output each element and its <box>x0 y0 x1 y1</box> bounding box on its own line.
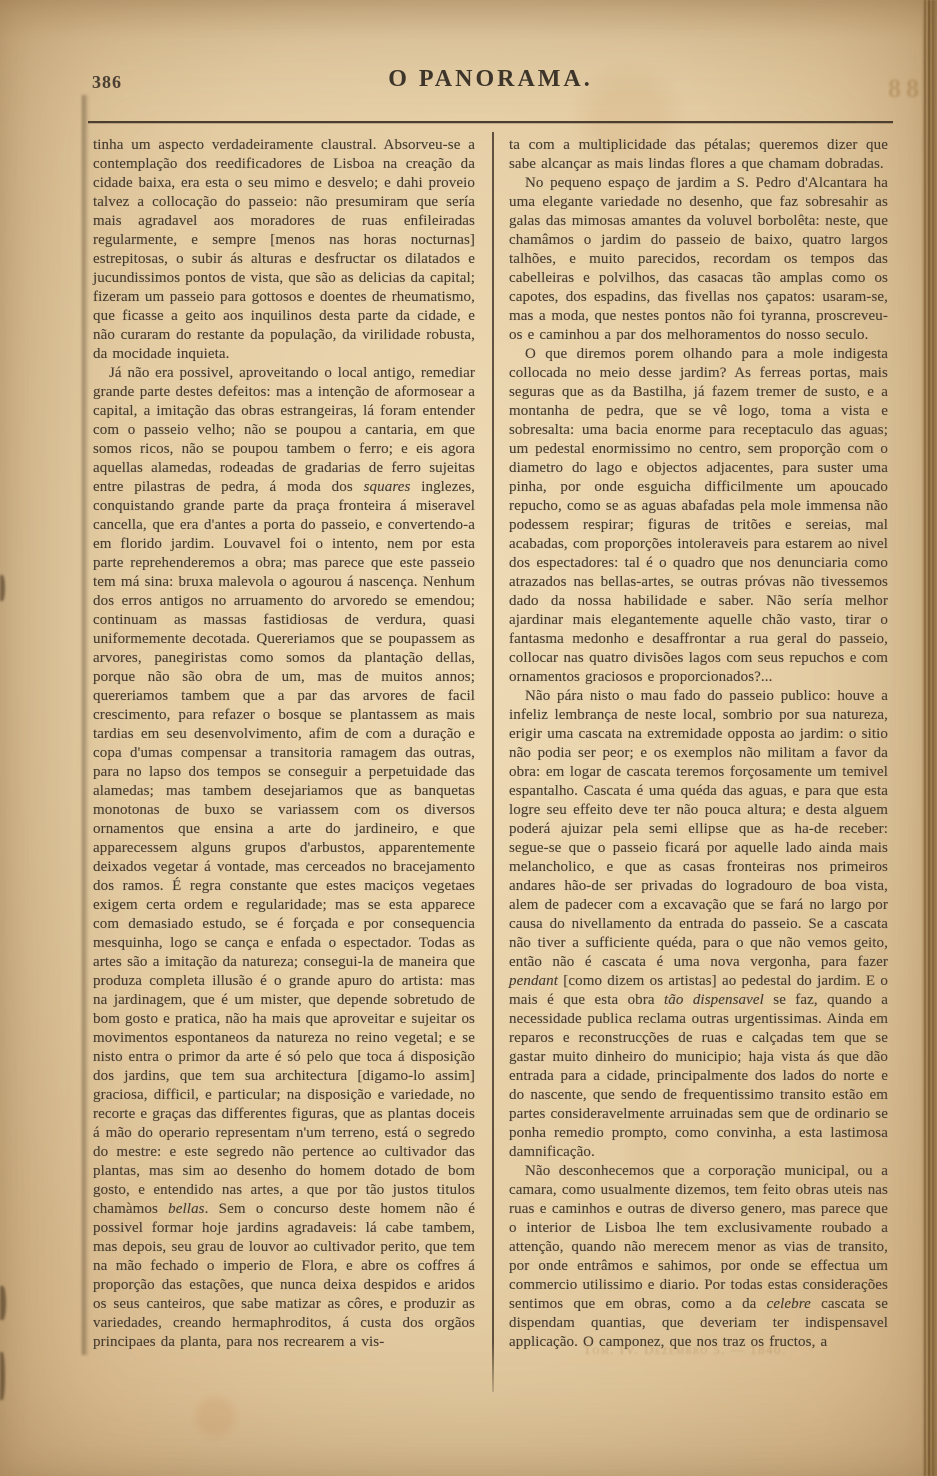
paragraph: Não desconhecemos que a corporação munic… <box>509 1162 888 1352</box>
text-run: tinha um aspecto verdadeiramente claustr… <box>93 137 475 362</box>
italic-phrase: squares <box>364 479 411 495</box>
masthead-title: O PANORAMA. <box>88 66 893 93</box>
text-run: inglezes, conquistando grande parte da p… <box>93 479 475 1217</box>
text-run: Já não era possivel, aproveitando o loca… <box>93 365 475 495</box>
text-run: No pequeno espaço de jardim a S. Pedro d… <box>509 175 888 343</box>
paragraph: Já não era possivel, aproveitando o loca… <box>93 364 475 1352</box>
text-column-left: tinha um aspecto verdadeiramente claustr… <box>93 136 475 1352</box>
gutter-shadow <box>82 95 89 1355</box>
italic-phrase: tão dispensavel <box>664 992 764 1008</box>
text-run: se faz, quando a necessidade publica rec… <box>509 992 888 1160</box>
paragraph: ta com a multiplicidade das pétalas; que… <box>509 136 888 174</box>
scanned-page: 386 O PANORAMA. 88 tinha um aspecto verd… <box>0 0 937 1476</box>
bleedthrough-page-number: 88 <box>883 74 919 104</box>
paragraph: O que diremos porem olhando para a mole … <box>509 345 888 687</box>
italic-phrase: pendant <box>509 973 558 989</box>
paragraph: tinha um aspecto verdadeiramente claustr… <box>93 136 475 364</box>
bleedthrough-footer: Tom. IV. Dezembro 5. — 1840. <box>520 1342 850 1358</box>
text-run: ta com a multiplicidade das pétalas; que… <box>509 137 888 172</box>
paragraph: No pequeno espaço de jardim a S. Pedro d… <box>509 174 888 345</box>
edge-smudge <box>0 575 5 601</box>
column-divider-rule <box>492 132 494 1392</box>
text-column-right: ta com a multiplicidade das pétalas; que… <box>509 136 888 1352</box>
italic-phrase: bellas <box>168 1201 204 1217</box>
text-run: Não pára nisto o mau fado do passeio pub… <box>509 688 888 970</box>
edge-smudge <box>0 1352 5 1400</box>
italic-phrase: celebre <box>767 1296 811 1312</box>
text-run: O que diremos porem olhando para a mole … <box>509 346 888 685</box>
text-run: Não desconhecemos que a corporação munic… <box>509 1163 888 1312</box>
edge-smudge <box>0 1286 6 1320</box>
header-rule <box>88 121 893 123</box>
paragraph: Não pára nisto o mau fado do passeio pub… <box>509 687 888 1162</box>
book-page-edge <box>922 0 937 1476</box>
text-run: . Sem o concurso deste homem não é possi… <box>93 1201 475 1350</box>
